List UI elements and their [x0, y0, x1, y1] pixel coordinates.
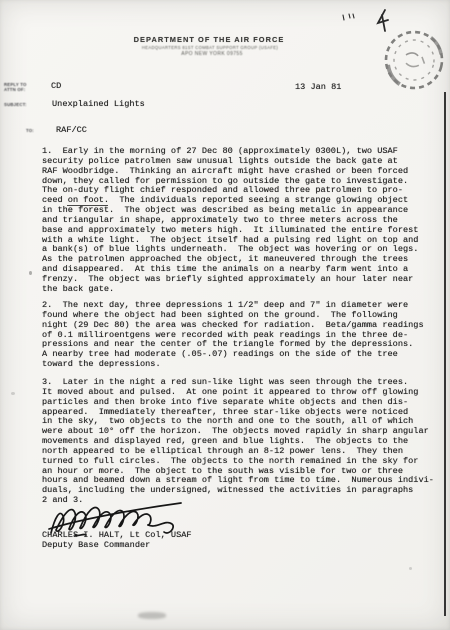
reply-to-value: CD: [51, 82, 61, 92]
on-foot-underline: [67, 205, 108, 206]
letterhead-title: DEPARTMENT OF THE AIR FORCE: [134, 35, 285, 44]
photocopy-speck: [409, 567, 412, 570]
photocopy-smudge: [138, 612, 166, 619]
memo-paragraph-1: 1. Early in the morning of 27 Dec 80 (ap…: [42, 147, 418, 295]
memo-paragraph-2: 2. The next day, three depressions 1 1/2…: [42, 301, 424, 370]
to-label: TO:: [26, 128, 34, 133]
subject-label: SUBJECT:: [4, 102, 27, 107]
photocopy-edge-line: [444, 92, 446, 616]
to-value: RAF/CC: [56, 126, 87, 136]
memo-date: 13 Jan 81: [295, 83, 341, 93]
photocopy-speck: [11, 392, 15, 395]
signer-title: Deputy Base Commander: [42, 541, 150, 551]
letterhead-address: APO NEW YORK 09755: [181, 51, 243, 57]
letterhead-subtitle: HEADQUARTERS 81ST COMBAT SUPPORT GROUP (…: [142, 45, 278, 50]
reply-to-label: REPLY TO ATTN OF:: [4, 82, 27, 92]
memo-paragraph-3: 3. Later in the night a red sun-like lig…: [42, 378, 434, 506]
subject-value: Unexplained Lights: [52, 100, 145, 110]
photocopy-speck: [29, 271, 32, 275]
memo-page: DEPARTMENT OF THE AIR FORCE HEADQUARTERS…: [0, 0, 450, 630]
